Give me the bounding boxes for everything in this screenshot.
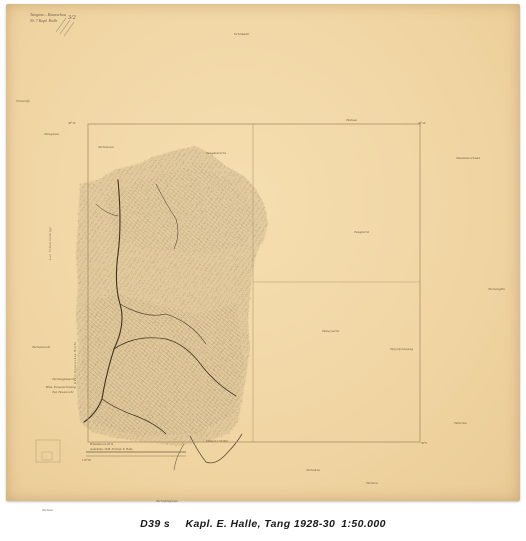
place-label: Tsaukiatschuan	[456, 156, 480, 160]
place-label: Hou Tsuanschuang	[46, 385, 76, 389]
place-label: Tai Tsuanschi	[52, 390, 74, 394]
place-label: Tschaulschi	[32, 345, 51, 349]
terrain-hachures	[6, 4, 520, 501]
author-label: Kapl. E. Halle, Tang 1928-30	[186, 518, 336, 530]
place-label: Tschao	[42, 508, 53, 512]
tick-nw: 36°10'	[68, 121, 76, 125]
place-label: Tschutsun	[98, 145, 114, 149]
tick-sw: 119°50'	[82, 458, 91, 462]
place-label: Tunsenfu	[16, 99, 30, 103]
note-title: Tsingtau – Kiautschou	[30, 12, 66, 17]
note-subtitle: Nr. 7 Kapl. Halle	[30, 18, 57, 23]
place-label: Tschien	[366, 481, 378, 485]
legend-line-1: Höhenkurven 20 m	[90, 442, 113, 446]
place-label: Schimado	[234, 32, 249, 36]
legend-line-3: Maßstab 1:50 000	[206, 439, 228, 443]
place-label: Tschingkiaschi	[52, 377, 75, 381]
place-label: Tsauyuschi	[322, 329, 339, 333]
sheet-caption: D39 s Kapl. E. Halle, Tang 1928-301:50.0…	[0, 518, 526, 530]
place-label: Tsimao	[346, 118, 357, 122]
place-label: Tschukiapuan	[156, 499, 178, 503]
place-label: Tangkiatschi	[206, 151, 226, 155]
legend-line-2: Aufnahme: 1928–30 Kapl. E. Halle	[90, 447, 133, 451]
place-label: Tsintiau	[454, 421, 467, 425]
place-label: Tsingmao	[44, 132, 59, 136]
tick-ne: 36°10'	[418, 121, 426, 125]
map-sheet: Tsingtau – Kiautschou Nr. 7 Kapl. Halle …	[6, 4, 520, 501]
place-label: Tsoyufschuang	[390, 347, 413, 351]
pencil-mark: 3/2	[68, 15, 76, 21]
side-label-upper: Lao Schan Gebirge	[48, 200, 52, 260]
scale-label: 1:50.000	[341, 518, 386, 530]
sheet-id: D39 s	[140, 518, 170, 530]
place-label: Tschukia	[306, 468, 320, 472]
tick-se: 36°0'	[421, 441, 427, 445]
place-label: Tangtschi	[354, 230, 369, 234]
place-label: Tschanglin	[488, 287, 505, 291]
side-label-lower: Küste Kiautschou Bucht	[73, 294, 77, 384]
